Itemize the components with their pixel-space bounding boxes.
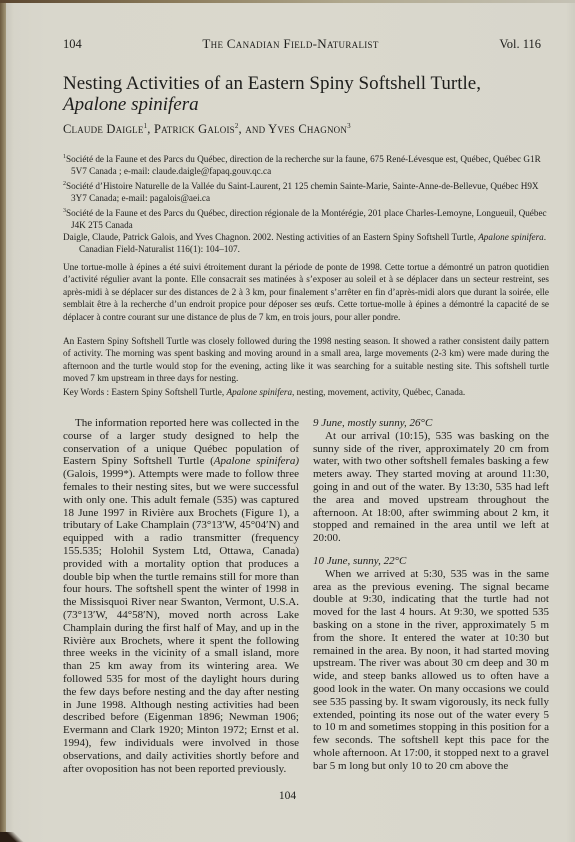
page-top-edge xyxy=(0,0,575,3)
citation-species: Apalone spinifera xyxy=(478,232,544,242)
article-title: Nesting Activities of an Eastern Spiny S… xyxy=(63,73,543,115)
body-column-left: The information reported here was collec… xyxy=(63,417,299,775)
key-words-text: , nesting, movement, activity, Québec, C… xyxy=(292,387,465,397)
citation-text: Daigle, Claude, Patrick Galois, and Yves… xyxy=(63,232,478,242)
journal-name: The Canadian Field-Naturalist xyxy=(202,36,378,52)
key-words-label: Key Words : xyxy=(63,387,111,397)
affiliations: 1Société de la Faune et des Parcs du Qué… xyxy=(63,151,549,232)
key-words-species: Apalone spinifera xyxy=(226,387,292,397)
author-name: Patrick Galois xyxy=(154,122,235,136)
key-words: Key Words : Eastern Spiny Softshell Turt… xyxy=(63,387,549,397)
page-corner-shadow xyxy=(0,832,30,842)
abstract-english: An Eastern Spiny Softshell Turtle was cl… xyxy=(63,335,549,385)
affiliation: 3Société de la Faune et des Parcs du Qué… xyxy=(47,205,549,232)
affiliation-text: Société de la Faune et des Parcs du Québ… xyxy=(66,154,541,176)
author-separator: , xyxy=(147,122,154,136)
affiliation-text: Société de la Faune et des Parcs du Québ… xyxy=(66,208,547,230)
body-paragraph: The information reported here was collec… xyxy=(63,417,299,775)
key-words-text: Eastern Spiny Softshell Turtle, xyxy=(111,387,226,397)
day-heading: 9 June, mostly sunny, 26°C xyxy=(313,417,549,430)
affiliation-text: Société d’Histoire Naturelle de la Vallé… xyxy=(66,181,539,203)
body-text: (Galois, 1999*). Attempts were made to f… xyxy=(63,468,299,774)
author-name: Yves Chagnon xyxy=(268,122,347,136)
footer-page-number: 104 xyxy=(0,790,575,802)
affiliation-mark: 3 xyxy=(347,122,351,130)
body-paragraph: At our arrival (10:15), 535 was basking … xyxy=(313,430,549,545)
day-heading: 10 June, sunny, 22°C xyxy=(313,555,549,568)
volume: Vol. 116 xyxy=(499,37,541,52)
spacer xyxy=(313,545,549,555)
author-list: Claude Daigle1, Patrick Galois2, and Yve… xyxy=(63,122,351,137)
author-separator: , and xyxy=(239,122,269,136)
page-number: 104 xyxy=(63,37,82,52)
author-name: Claude Daigle xyxy=(63,122,144,136)
citation: Daigle, Claude, Patrick Galois, and Yves… xyxy=(63,231,549,256)
body-paragraph: When we arrived at 5:30, 535 was in the … xyxy=(313,568,549,773)
affiliation: 1Société de la Faune et des Parcs du Qué… xyxy=(47,151,549,178)
affiliation: 2Société d’Histoire Naturelle de la Vall… xyxy=(47,178,549,205)
running-head: 104 The Canadian Field-Naturalist Vol. 1… xyxy=(63,36,541,52)
title-main: Nesting Activities of an Eastern Spiny S… xyxy=(63,73,481,94)
title-species: Apalone spinifera xyxy=(63,94,543,115)
body-species: Apalone spinifera) xyxy=(214,455,299,467)
body-column-right: 9 June, mostly sunny, 26°C At our arriva… xyxy=(313,417,549,773)
abstract-french: Une tortue-molle à épines a été suivi ét… xyxy=(63,261,549,323)
